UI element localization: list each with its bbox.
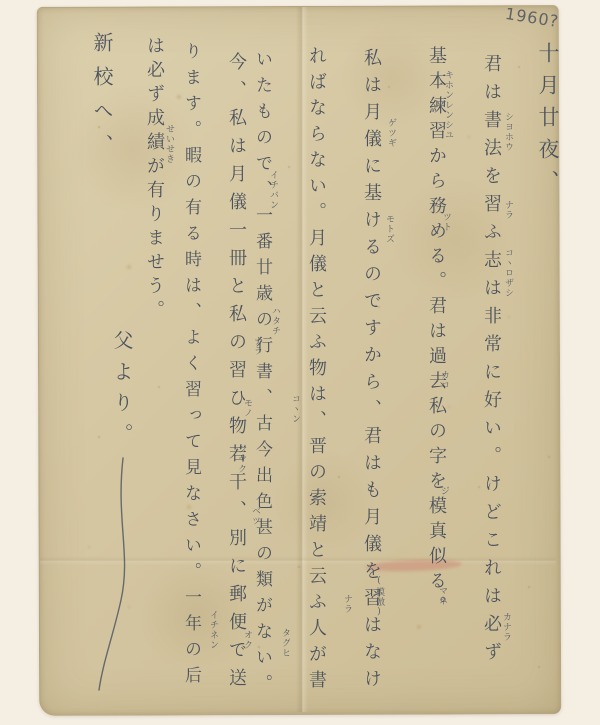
furigana-note: ベツ (250, 506, 259, 526)
furigana-note: ジ (439, 486, 448, 496)
furigana-note: ジヤク (236, 444, 245, 474)
furigana-note: コヽン (290, 394, 299, 424)
text-column-8: ります。暇の有る時は、よく習って見なさい。一年の后 (182, 42, 199, 692)
furigana-note: ナラ (342, 594, 351, 614)
furigana-note: カナラ (501, 612, 510, 642)
text-column-1-date-line: 十月廿夜、 (537, 42, 558, 202)
furigana-note: マネ (437, 586, 446, 606)
letter-photo: { "colors": { "background": "#f4eee3", "… (0, 0, 600, 725)
furigana-note: イチバン (268, 170, 277, 210)
furigana-note: (模倣) (374, 576, 383, 618)
furigana-note: ツト (441, 212, 450, 232)
furigana-note: ゲツギ (386, 118, 395, 148)
furigana-note: タグヒ (280, 628, 289, 658)
text-column-9: は必ず成績が有りませう。 (145, 36, 163, 324)
furigana-note: ハタチ (270, 306, 279, 336)
furigana-note: ナラ (503, 200, 512, 220)
furigana-note: カコ (439, 370, 448, 390)
text-column-10-addressee: 新校へ、 (92, 32, 112, 168)
furigana-note: シヨホウ (503, 112, 512, 152)
text-column-7: 今、私は月儀一冊と私の習ひ物若干、別に郵便で送 (227, 52, 245, 696)
furigana-note: せいせき (164, 124, 173, 164)
text-column-2: 君は書法を習ふ志は非常に好い。けどこれは必ず (482, 54, 500, 670)
furigana-note: ナラ (252, 336, 261, 356)
furigana-note: オク (242, 630, 251, 650)
furigana-note: モトズ (384, 214, 393, 244)
text-column-6: いたもので、一番廿歳の行書、古今出色甚の類がない。 (253, 50, 270, 700)
furigana-note: コヽロザシ (503, 248, 512, 298)
text-column-11-signature: 父より。 (112, 330, 132, 454)
text-column-5: ればならない。月儀と云ふ物は、晋の索靖と云ふ人が書 (307, 46, 325, 696)
furigana-note: モノ (242, 398, 251, 418)
furigana-note: イチネン (208, 610, 217, 650)
furigana-note: キホンレンシユ (443, 70, 452, 140)
